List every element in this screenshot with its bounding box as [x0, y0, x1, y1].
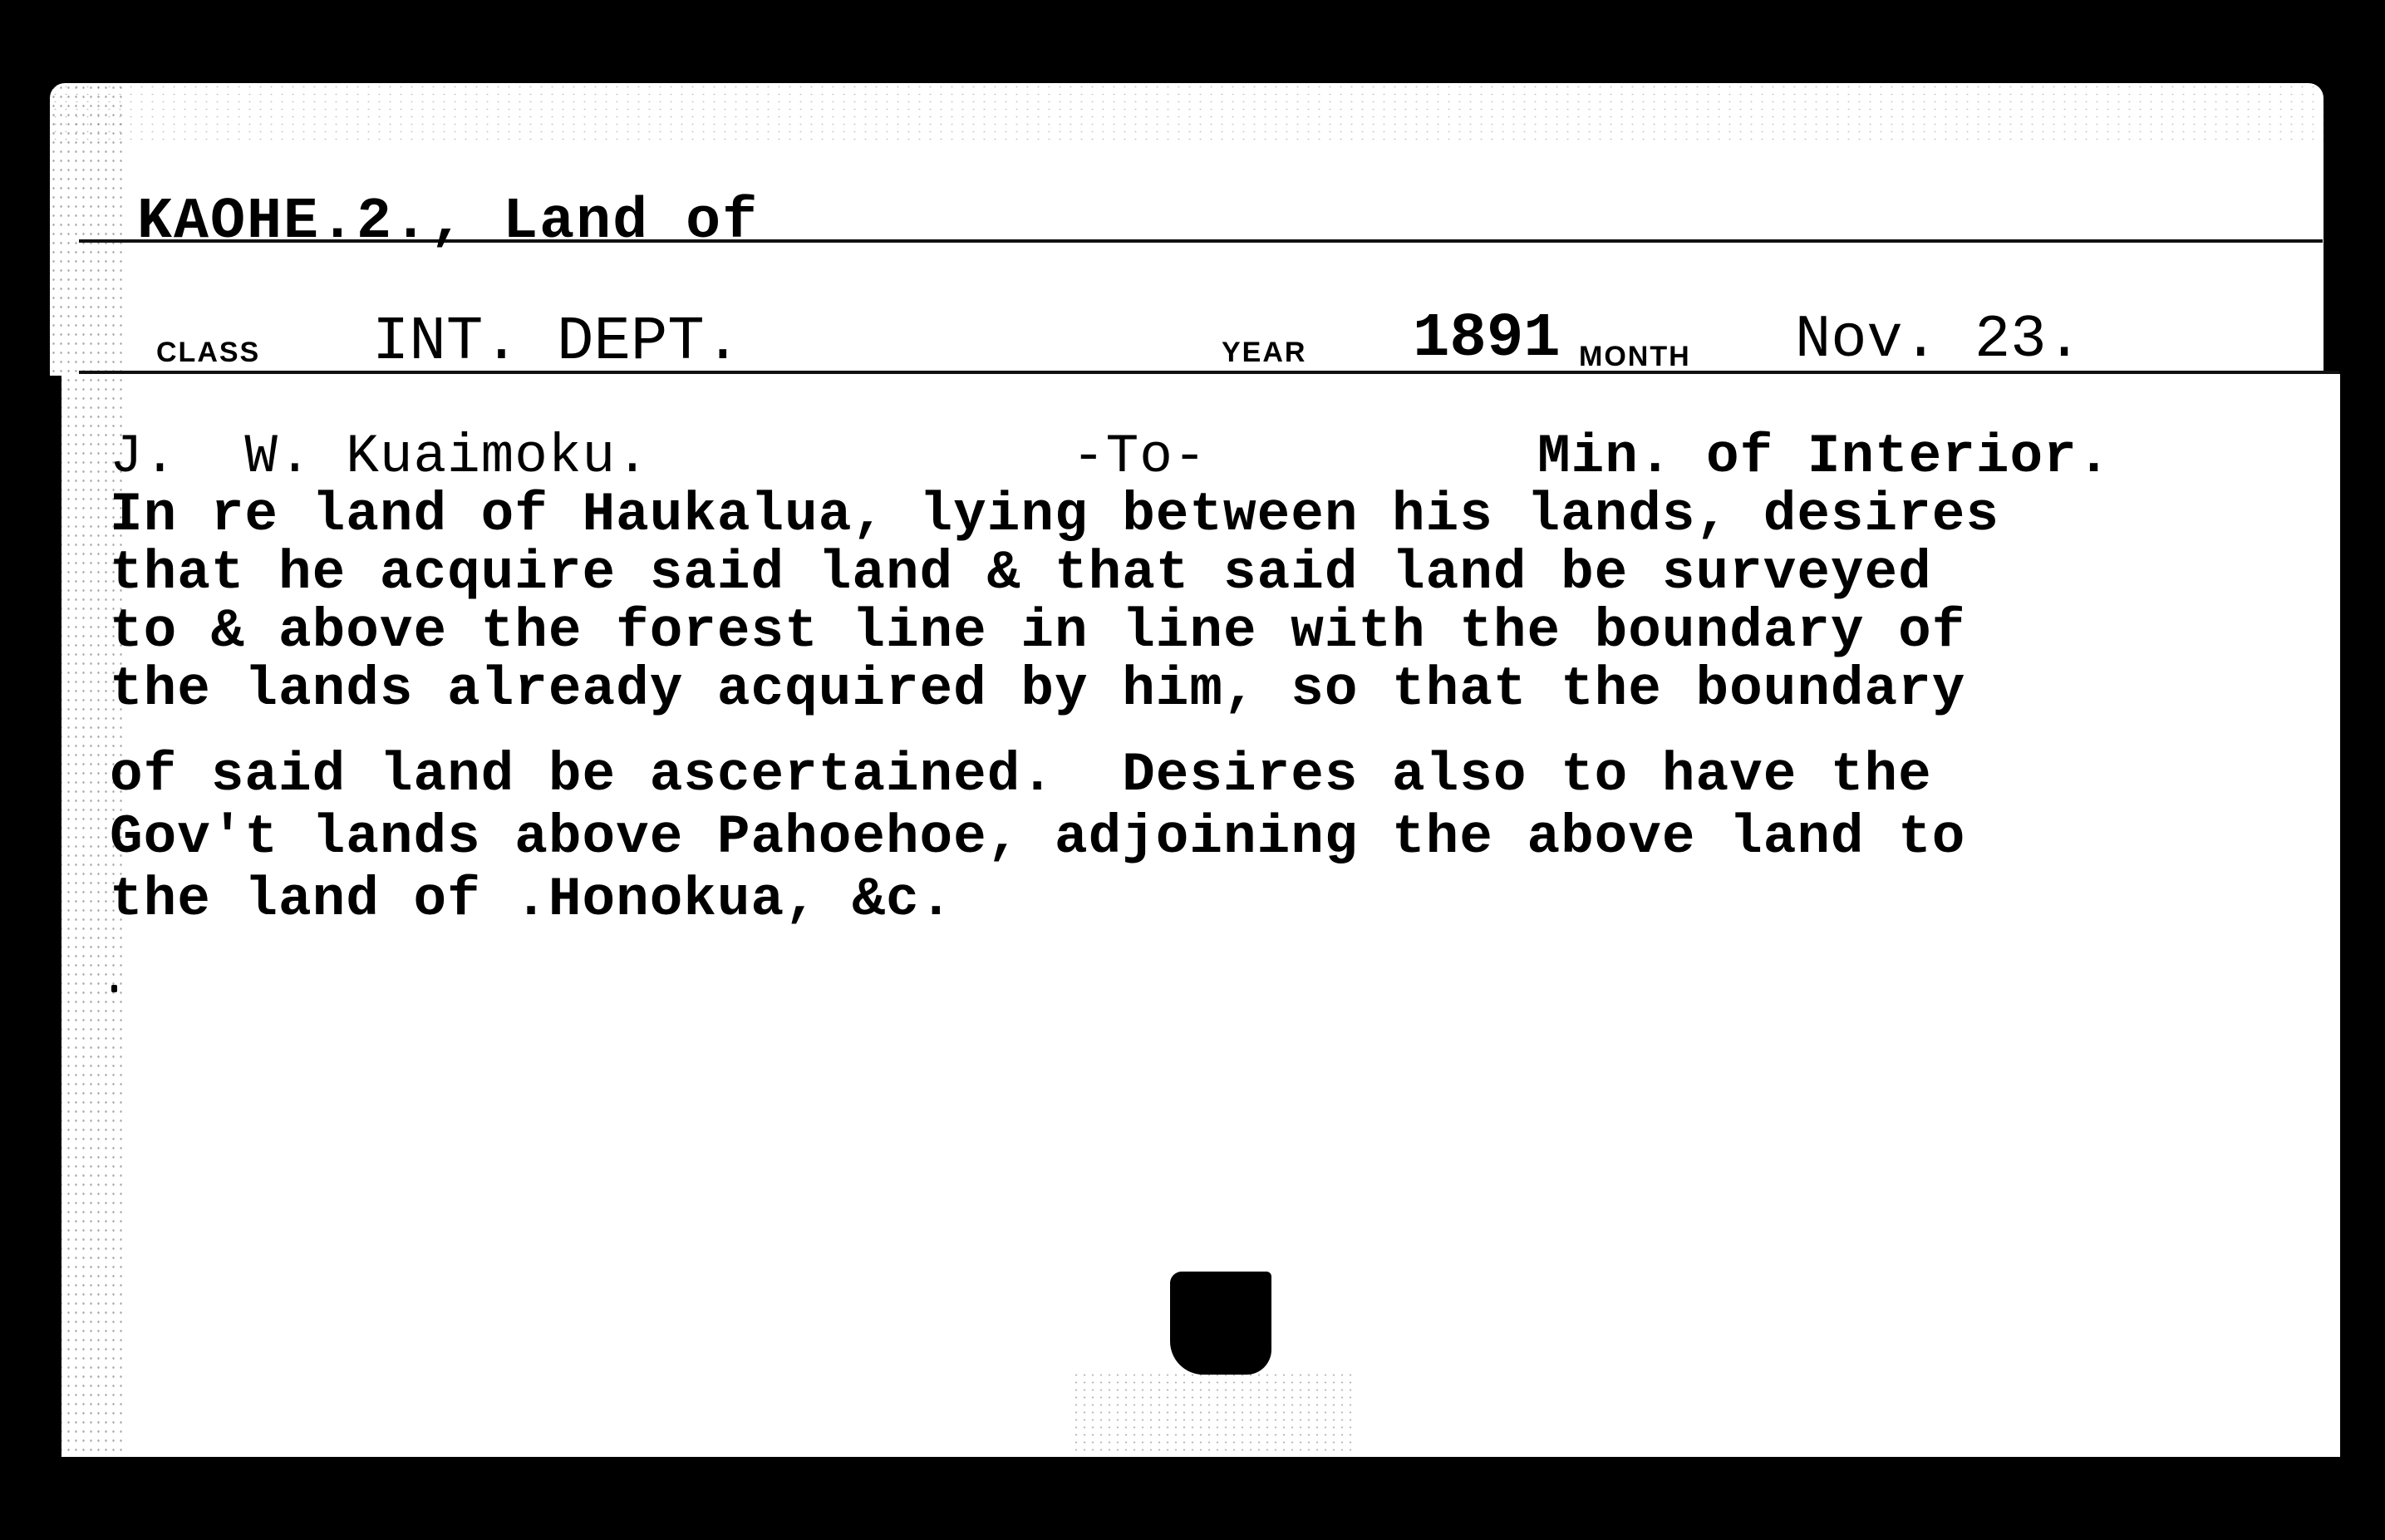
body-line: that he acquire said land & that said la… [110, 542, 1932, 604]
body-line: of said land be ascertained. Desires als… [110, 744, 1932, 806]
card-stain [1072, 1371, 1355, 1454]
recipient: Min. of Interior. [1537, 426, 2111, 488]
sender: J. W. Kuaimoku. [110, 426, 650, 488]
class-label: CLASS [156, 337, 260, 369]
month-label: MONTH [1579, 341, 1691, 373]
body-line: the land of .Honokua, &c. [110, 868, 953, 931]
ink-speck [111, 985, 117, 992]
card-top-wear [50, 83, 2324, 141]
card-title: KAOHE.2., Land of [137, 189, 759, 255]
to-separator: -To- [1072, 426, 1207, 488]
body-line: Gov't lands above Pahoehoe, adjoining th… [110, 806, 1965, 868]
year-label: YEAR [1222, 337, 1306, 369]
month-value: Nov. 23. [1795, 306, 2083, 374]
body-line: to & above the forest line in line with … [110, 600, 1965, 662]
class-value: INT. DEPT. [372, 308, 741, 377]
body-line: the lands already acquired by him, so th… [110, 658, 1965, 721]
year-value: 1891 [1413, 304, 1561, 374]
punch-hole [1170, 1272, 1271, 1375]
body-line: In re land of Haukalua, lying between hi… [110, 484, 1999, 546]
